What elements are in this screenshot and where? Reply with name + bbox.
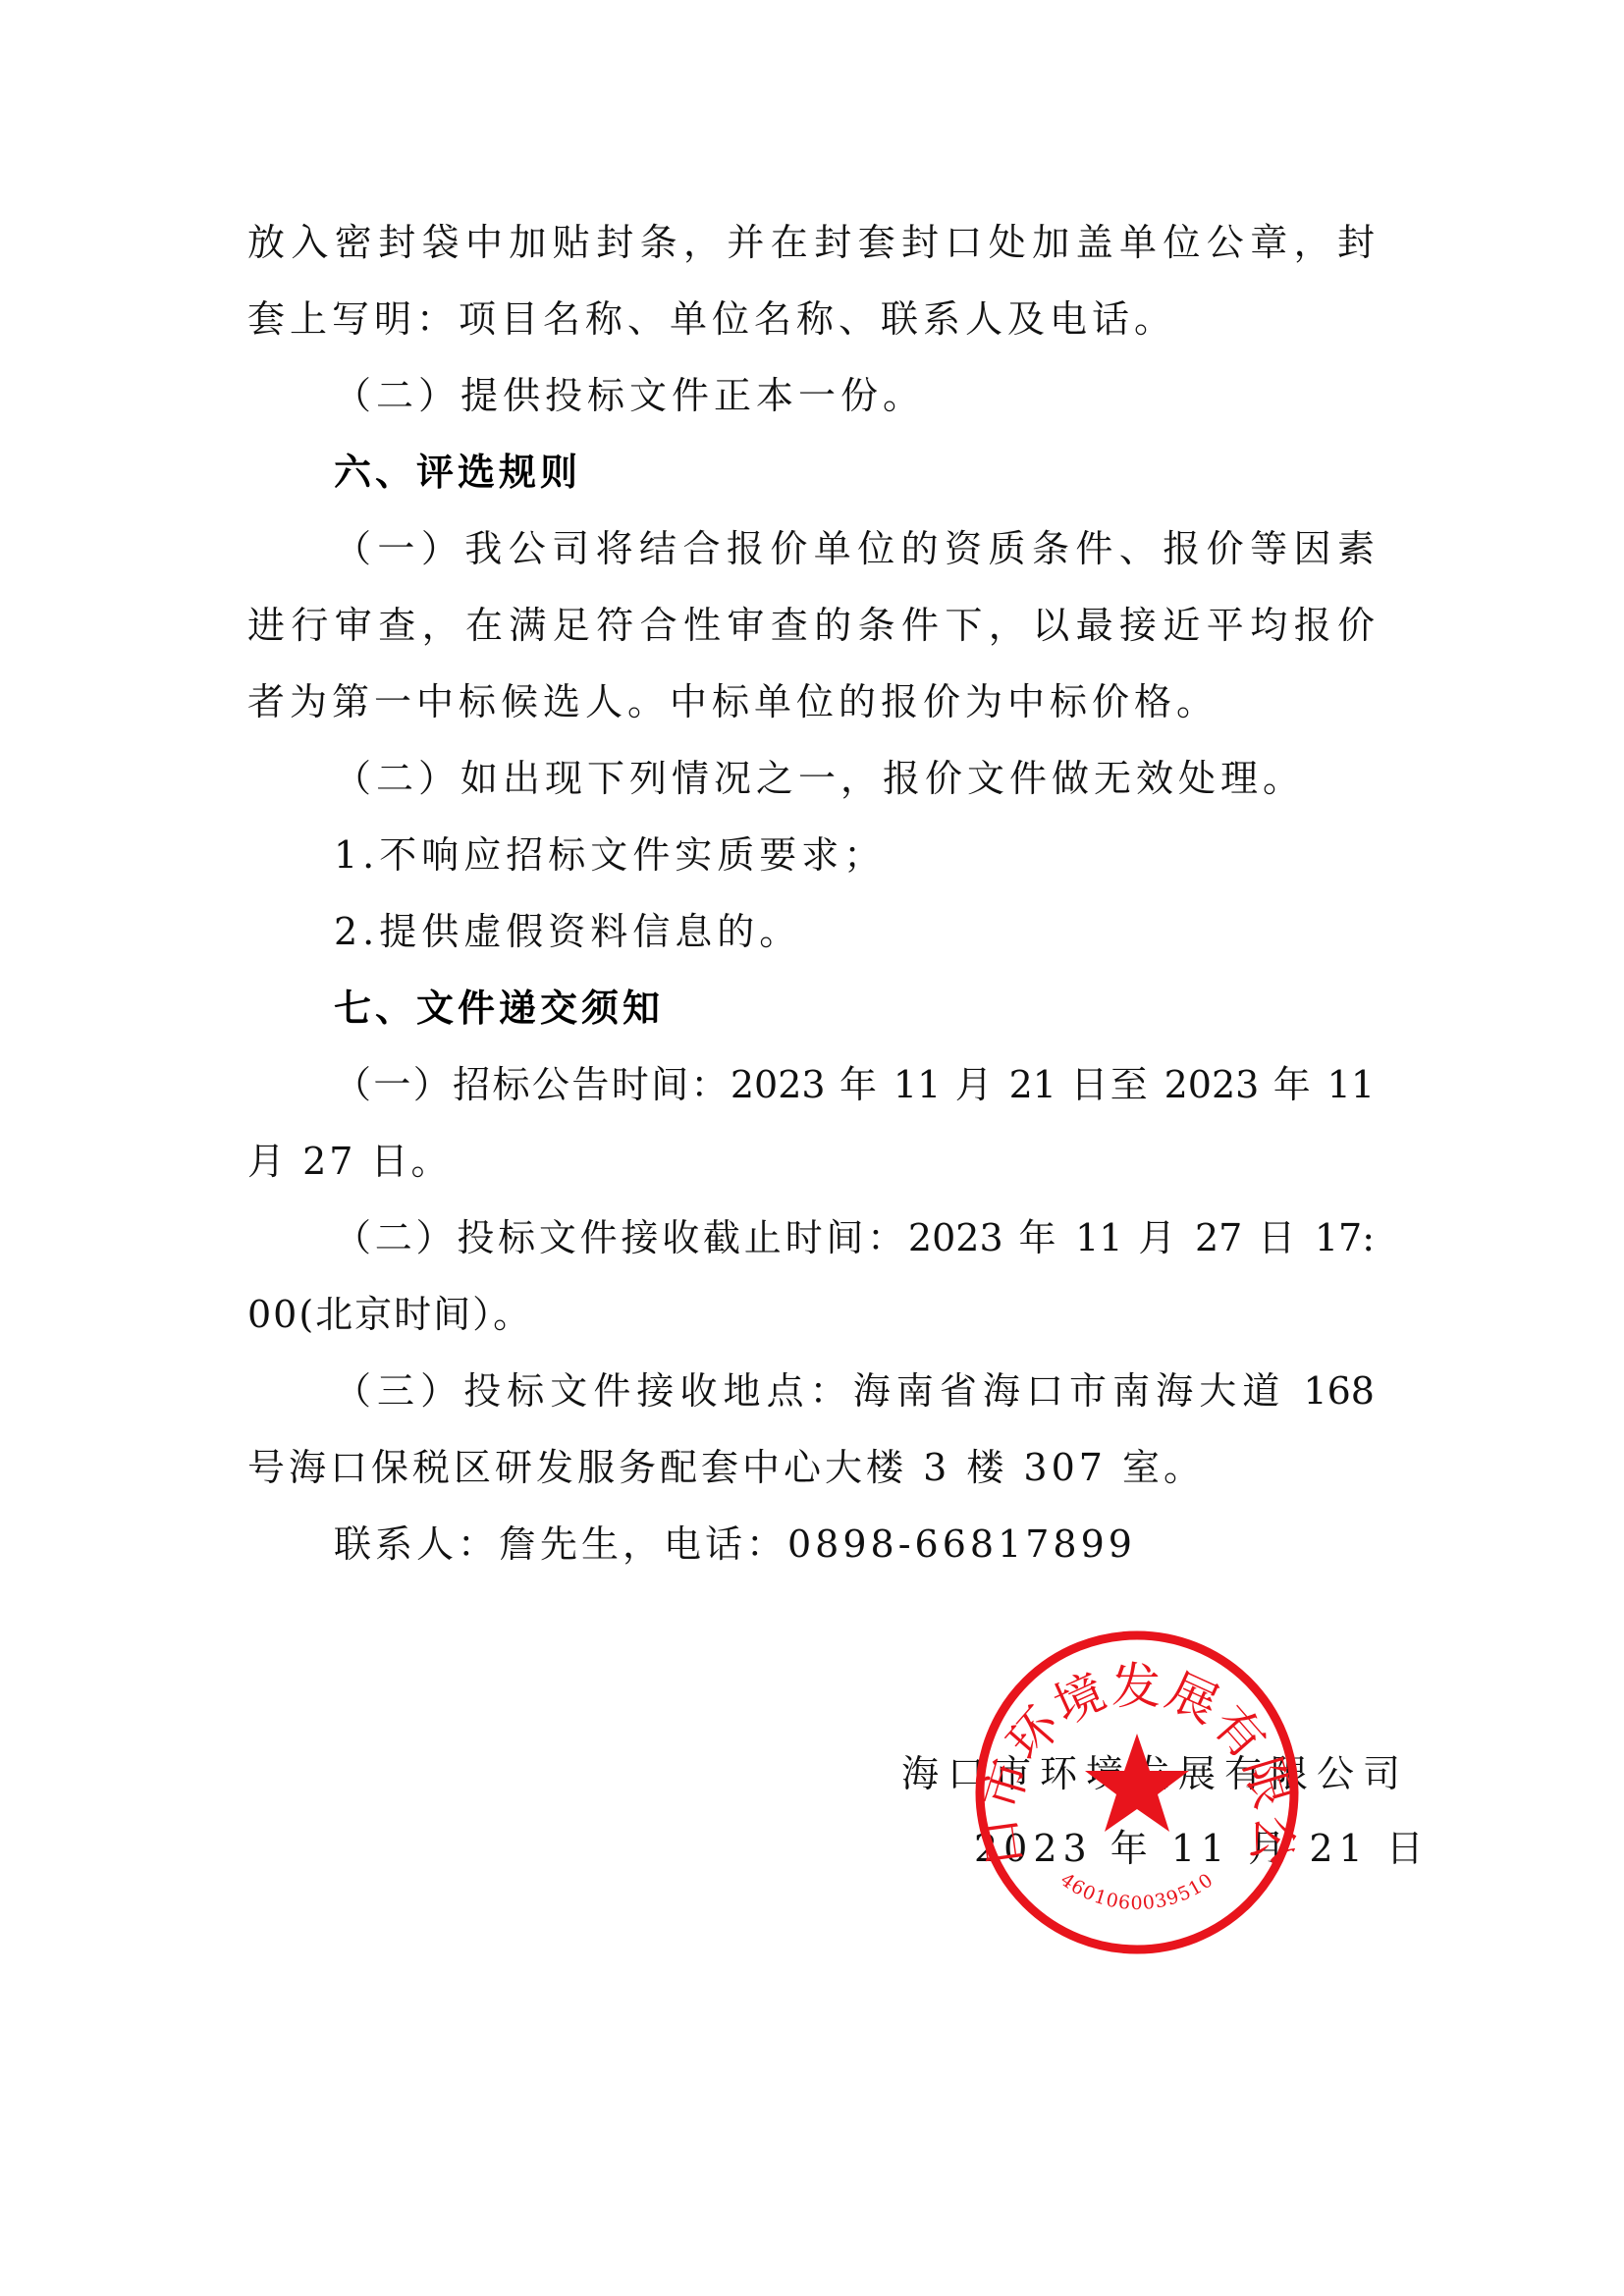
body-line: 套上写明：项目名称、单位名称、联系人及电话。 — [247, 296, 1176, 342]
official-seal-icon: 海口市环境发展有限公司 4601060039510 — [972, 1628, 1302, 1957]
body-line: 进行审查，在满足符合性审查的条件下，以最接近平均报价 — [247, 603, 1375, 648]
body-line: （二）如出现下列情况之一，报价文件做无效处理。 — [334, 756, 1305, 801]
body-line: 00(北京时间）。 — [247, 1292, 532, 1337]
body-line: （二）提供投标文件正本一份。 — [334, 373, 925, 418]
list-item: 2.提供虚假资料信息的。 — [334, 909, 801, 954]
section-heading-6: 六、评选规则 — [334, 450, 581, 495]
body-line: （一）招标公告时间：2023 年 11 月 21 日至 2023 年 11 — [334, 1062, 1375, 1107]
list-item: 1.不响应招标文件实质要求； — [334, 832, 886, 878]
svg-text:4601060039510: 4601060039510 — [1056, 1869, 1218, 1914]
contact-line: 联系人：詹先生，电话：0898-66817899 — [334, 1522, 1136, 1567]
body-line: （一）我公司将结合报价单位的资质条件、报价等因素 — [334, 526, 1375, 571]
body-line: 放入密封袋中加贴封条，并在封套封口处加盖单位公章，封 — [247, 220, 1375, 265]
section-heading-7: 七、文件递交须知 — [334, 986, 664, 1031]
body-line: （三）投标文件接收地点：海南省海口市南海大道 168 — [334, 1368, 1375, 1414]
body-line: 者为第一中标候选人。中标单位的报价为中标价格。 — [247, 679, 1218, 724]
body-line: （二）投标文件接收截止时间：2023 年 11 月 27 日 17: — [334, 1215, 1375, 1260]
document-page: 放入密封袋中加贴封条，并在封套封口处加盖单位公章，封 套上写明：项目名称、单位名… — [0, 0, 1624, 2296]
body-line: 号海口保税区研发服务配套中心大楼 3 楼 307 室。 — [247, 1445, 1205, 1490]
seal-code: 4601060039510 — [1056, 1869, 1218, 1914]
body-line: 月 27 日。 — [247, 1139, 452, 1184]
